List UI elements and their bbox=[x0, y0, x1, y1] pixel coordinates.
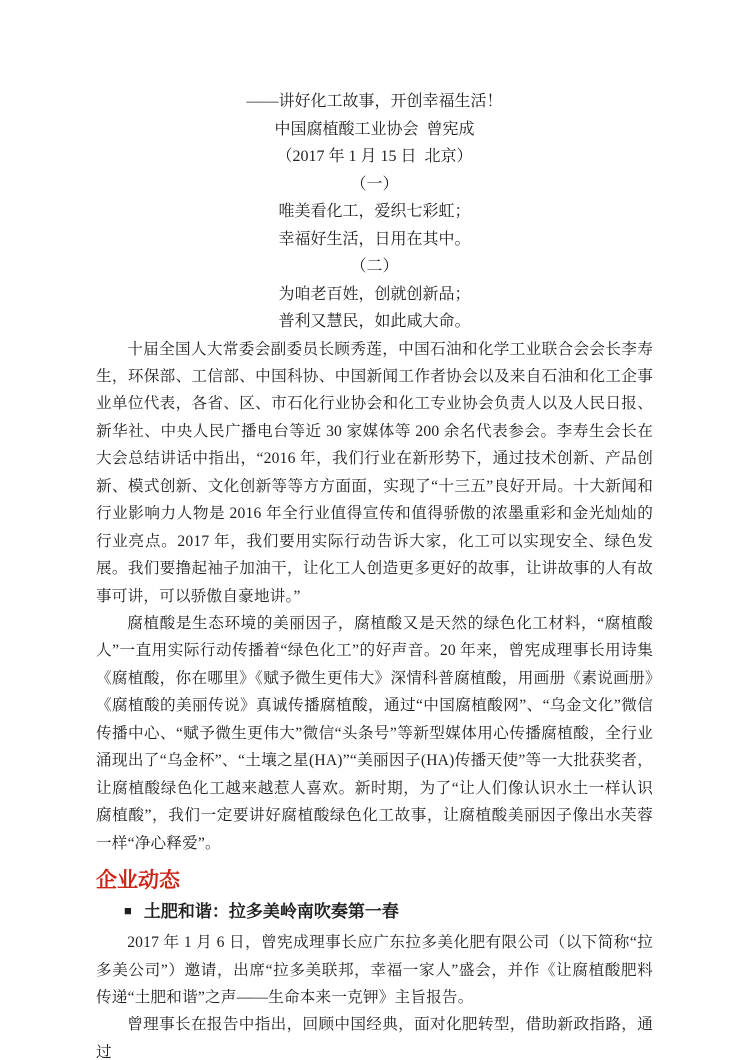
document-body: ——讲好化工故事，开创幸福生活！ 中国腐植酸工业协会 曾宪成 （2017 年 1… bbox=[96, 88, 653, 1060]
verse-number-two: （二） bbox=[96, 253, 653, 281]
page-number: 8 bbox=[0, 978, 1, 995]
doc-author-line: 中国腐植酸工业协会 曾宪成 bbox=[96, 116, 653, 144]
article-sub-heading-text: 土肥和谐：拉多美岭南吹奏第一春 bbox=[144, 902, 399, 921]
verse-line-3: 为咱老百姓，创就创新品； bbox=[96, 281, 653, 309]
paragraph-humic-acid: 腐植酸是生态环境的美丽因子，腐植酸又是天然的绿色化工材料，“腐植酸人”一直用实际… bbox=[96, 610, 653, 857]
square-bullet-icon: ■ bbox=[124, 903, 132, 918]
paragraph-ladomei-event: 2017 年 1 月 6 日，曾宪成理事长应广东拉多美化肥有限公司（以下简称“拉… bbox=[96, 929, 653, 1011]
verse-number-one: （一） bbox=[96, 171, 653, 199]
doc-subtitle-line: ——讲好化工故事，开创幸福生活！ bbox=[96, 88, 653, 116]
paragraph-report-intro: 曾理事长在报告中指出，回顾中国经典，面对化肥转型，借助新政指路，通过 bbox=[96, 1011, 653, 1060]
verse-line-2: 幸福好生活，日用在其中。 bbox=[96, 226, 653, 254]
doc-date-line: （2017 年 1 月 15 日 北京） bbox=[96, 143, 653, 171]
paragraph-conference: 十届全国人大常委会副委员长顾秀莲，中国石油和化学工业联合会会长李寿生，环保部、工… bbox=[96, 336, 653, 611]
verse-line-1: 唯美看化工，爱织七彩虹； bbox=[96, 198, 653, 226]
article-sub-heading: ■土肥和谐：拉多美岭南吹奏第一春 bbox=[96, 898, 653, 926]
verse-line-4: 普利又慧民，如此咸大命。 bbox=[96, 308, 653, 336]
section-heading-enterprise-news: 企业动态 bbox=[96, 866, 653, 895]
